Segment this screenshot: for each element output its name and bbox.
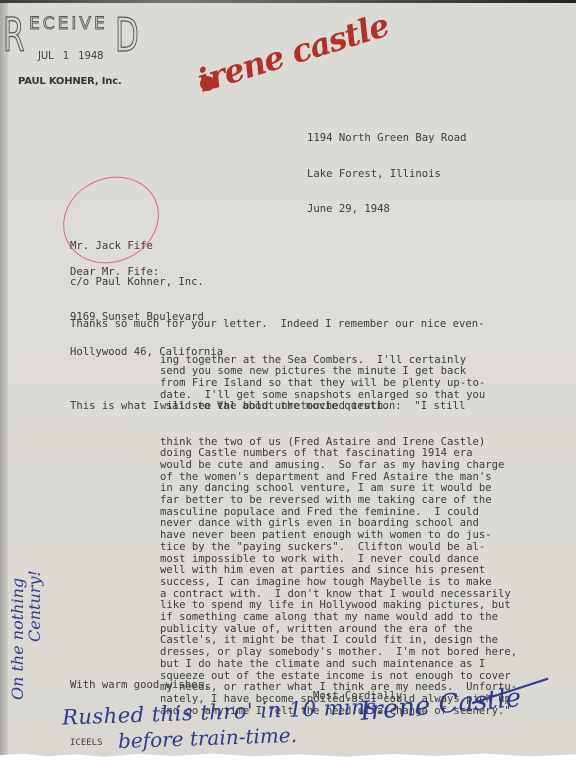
paragraph-first-line: This is what I said to Val about the mov… — [70, 401, 517, 413]
margin-note-line-2: Century! — [25, 570, 44, 642]
typist-initials: ICEELS — [70, 738, 103, 750]
letter-date: June 29, 1948 — [307, 204, 466, 216]
letterhead-logo: irene castle — [200, 52, 375, 112]
stamp-letter-r: R — [3, 12, 25, 58]
closing: With warm good wishes, — [70, 680, 210, 692]
stamp-word: ECEIVE — [29, 14, 108, 34]
sender-city: Lake Forest, Illinois — [307, 169, 466, 181]
stamp-date: JUL 1 1948 — [38, 49, 103, 62]
agency-name: PAUL KOHNER, Inc. — [18, 76, 122, 87]
recipient-name: Mr. Jack Fife — [70, 241, 223, 253]
sender-address: 1194 North Green Bay Road Lake Forest, I… — [307, 110, 466, 239]
margin-handwritten-note: On the nothing Century! — [8, 570, 44, 700]
letter-page: R ECEIVE D JUL 1 1948 PAUL KOHNER, Inc. … — [0, 0, 576, 758]
handwritten-note-line-2: before train-time. — [118, 723, 298, 753]
paragraph-body: think the two of us (Fred Astaire and Ir… — [70, 437, 517, 718]
stamp-letter-d: D — [115, 12, 139, 58]
letterhead-name: irene castle — [193, 6, 393, 100]
sender-street: 1194 North Green Bay Road — [307, 133, 466, 145]
salutation: Dear Mr. Fife: — [70, 267, 159, 279]
page-top-edge — [0, 0, 576, 3]
paragraph-first-line: Thanks so much for your letter. Indeed I… — [70, 319, 485, 331]
